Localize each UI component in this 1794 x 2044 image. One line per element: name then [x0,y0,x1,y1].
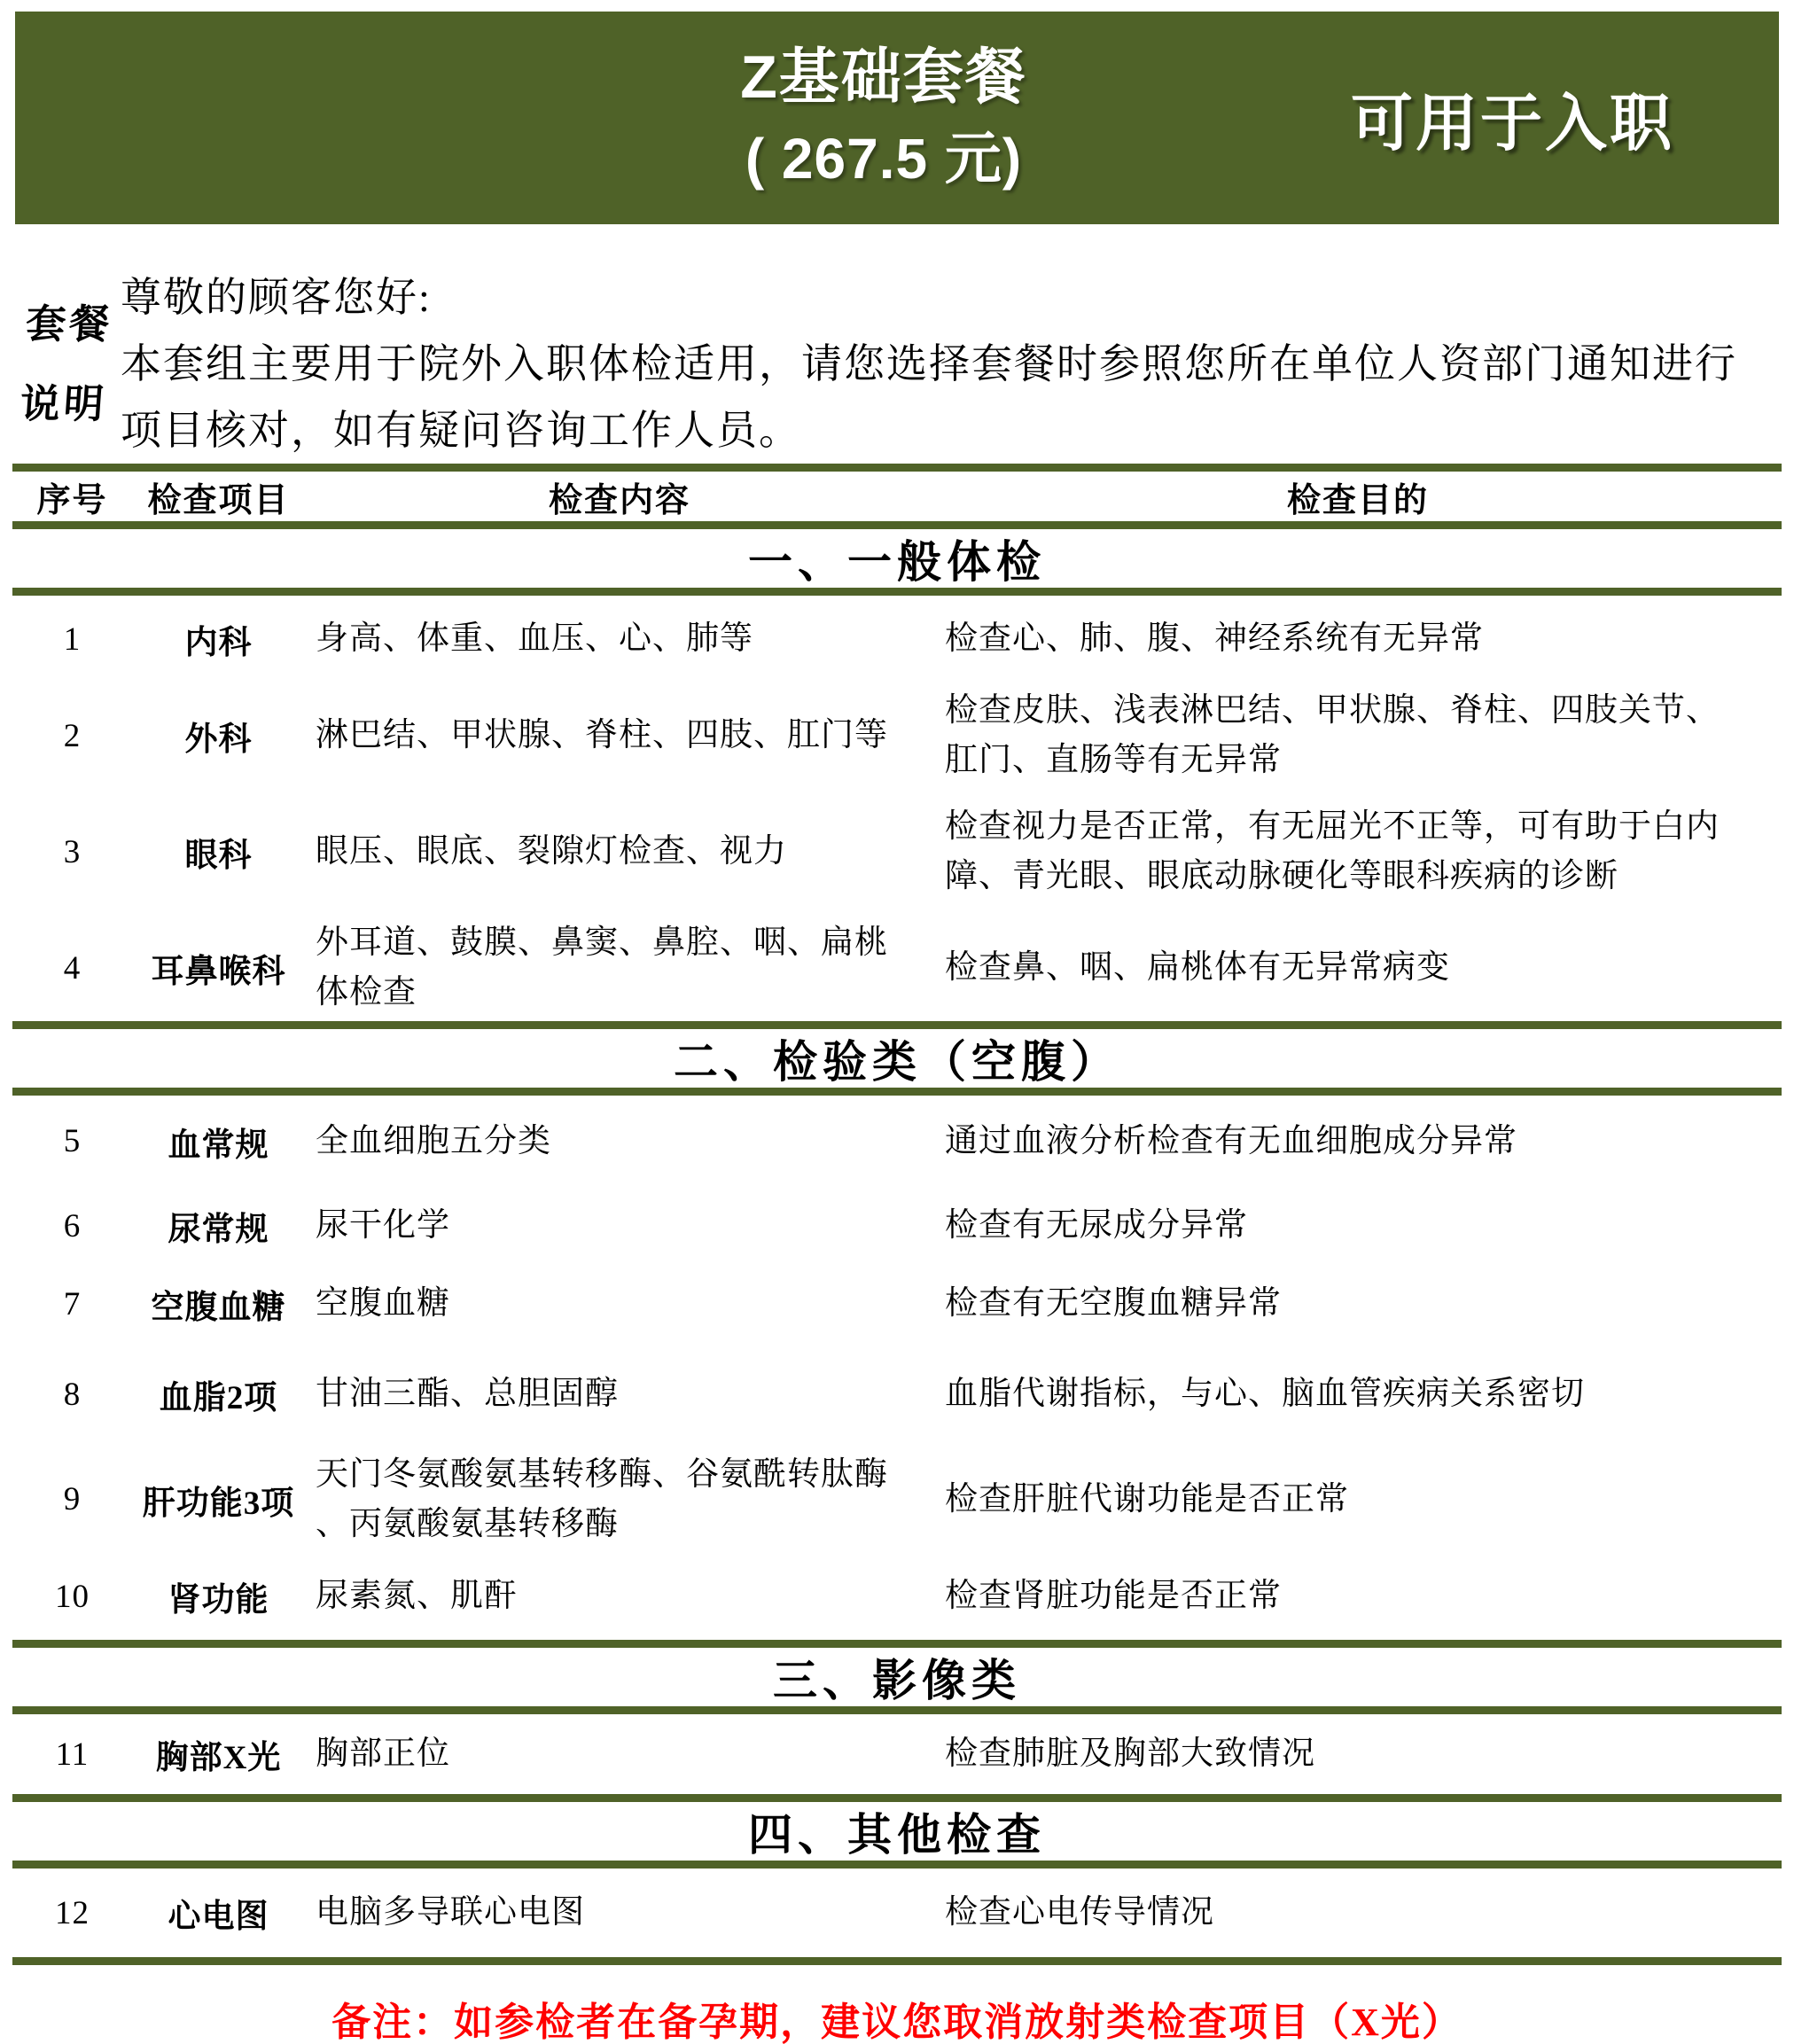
row-purpose: 检查心、肺、腹、神经系统有无异常 [934,614,1782,664]
package-price: ( 267.5 元) [745,124,1022,193]
table-row: 12 心电图 电脑多导联心电图 检查心电传导情况 [12,1868,1782,1957]
row-content: 尿素氮、肌酐 [305,1572,934,1621]
row-number: 10 [12,1578,132,1616]
row-number: 6 [12,1207,132,1245]
table-row: 6 尿常规 尿干化学 检查有无尿成分异常 [12,1187,1782,1265]
table-row: 7 空腹血糖 空腹血糖 检查有无空腹血糖异常 [12,1265,1782,1343]
row-purpose: 通过血液分析检查有无血细胞成分异常 [934,1117,1782,1166]
row-purpose: 检查有无空腹血糖异常 [934,1279,1782,1329]
table-row: 4 耳鼻喉科 外耳道、鼓膜、鼻窦、鼻腔、咽、扁桃 体检查 检查鼻、咽、扁桃体有无… [12,915,1782,1021]
table-row: 1 内科 身高、体重、血压、心、肺等 检查心、肺、腹、神经系统有无异常 [12,596,1782,683]
row-content: 空腹血糖 [305,1279,934,1329]
table-row: 3 眼科 眼压、眼底、裂隙灯检查、视力 检查视力是否正常，有无屈光不正等，可有助… [12,789,1782,915]
description-label-line2: 说明 [18,364,121,444]
row-item: 肝功能3项 [132,1476,305,1524]
table-row: 10 肾功能 尿素氮、肌酐 检查肾脏功能是否正常 [12,1553,1782,1640]
row-number: 8 [12,1376,132,1414]
section-rows-other: 12 心电图 电脑多导联心电图 检查心电传导情况 [0,1868,1794,1957]
row-purpose: 血脂代谢指标，与心、脑血管疾病关系密切 [934,1369,1782,1419]
table-row: 8 血脂2项 甘油三酯、总胆固醇 血脂代谢指标，与心、脑血管疾病关系密切 [12,1343,1782,1446]
section-divider [12,1957,1782,1965]
description-body: 尊敬的顾客您好: 本套组主要用于院外入职体检适用，请您选择套餐时参照您所在单位人… [121,264,1759,464]
section-rows-general: 1 内科 身高、体重、血压、心、肺等 检查心、肺、腹、神经系统有无异常 2 外科… [0,596,1794,1021]
row-item: 眼科 [132,828,305,876]
table-row: 9 肝功能3项 天门冬氨酸氨基转移酶、谷氨酰转肽酶 、丙氨酸氨基转移酶 检查肝脏… [12,1446,1782,1553]
row-number: 2 [12,717,132,755]
row-number: 1 [12,620,132,659]
row-item: 尿常规 [132,1202,305,1250]
package-usage-label: 可用于入职 [1351,12,1674,224]
row-item: 血脂2项 [132,1370,305,1418]
row-purpose: 检查视力是否正常，有无屈光不正等，可有助于白内 障、青光眼、眼底动脉硬化等眼科疾… [934,802,1782,901]
row-purpose: 检查有无尿成分异常 [934,1201,1782,1251]
package-title: Z基础套餐 [740,43,1027,112]
section-title-general: 一、一般体检 [12,529,1782,588]
row-content: 电脑多导联心电图 [305,1888,934,1938]
row-number: 11 [12,1736,132,1774]
col-header-content: 检查内容 [305,472,934,521]
description-text-line2: 项目核对，如有疑问咨询工作人员。 [121,397,1759,464]
row-item: 外科 [132,712,305,760]
row-content: 尿干化学 [305,1201,934,1251]
col-header-purpose: 检查目的 [934,472,1782,521]
section-title-imaging: 三、影像类 [12,1648,1782,1706]
row-number: 7 [12,1285,132,1323]
row-purpose: 检查皮肤、浅表淋巴结、甲状腺、脊柱、四肢关节、 肛门、直肠等有无异常 [934,686,1782,785]
table-row: 11 胸部X光 胸部正位 检查肺脏及胸部大致情况 [12,1714,1782,1794]
section-rows-lab: 5 血常规 全血细胞五分类 通过血液分析检查有无血细胞成分异常 6 尿常规 尿干… [0,1096,1794,1640]
row-content: 胸部正位 [305,1729,934,1779]
package-banner: Z基础套餐 ( 267.5 元) 可用于入职 [15,12,1779,224]
pregnancy-warning-note: 备注：如参检者在备孕期，建议您取消放射类检查项目（X光） [0,1990,1794,2044]
col-header-item: 检查项目 [132,472,305,521]
table-row: 2 外科 淋巴结、甲状腺、脊柱、四肢、肛门等 检查皮肤、浅表淋巴结、甲状腺、脊柱… [12,683,1782,789]
row-content: 淋巴结、甲状腺、脊柱、四肢、肛门等 [305,711,934,761]
col-header-no: 序号 [12,472,132,521]
description-label-line1: 套餐 [23,285,126,364]
section-divider [12,464,1782,472]
row-number: 4 [12,949,132,987]
row-content: 天门冬氨酸氨基转移酶、谷氨酰转肽酶 、丙氨酸氨基转移酶 [305,1450,934,1549]
row-content: 甘油三酯、总胆固醇 [305,1369,934,1419]
section-title-other: 四、其他检查 [12,1802,1782,1861]
row-purpose: 检查鼻、咽、扁桃体有无异常病变 [934,943,1782,993]
row-item: 耳鼻喉科 [132,944,305,992]
row-purpose: 检查肾脏功能是否正常 [934,1572,1782,1621]
package-document: Z基础套餐 ( 267.5 元) 可用于入职 套餐 说明 尊敬的顾客您好: 本套… [0,0,1794,2044]
row-item: 空腹血糖 [132,1280,305,1328]
section-rows-imaging: 11 胸部X光 胸部正位 检查肺脏及胸部大致情况 [0,1714,1794,1794]
row-item: 心电图 [132,1889,305,1937]
row-item: 胸部X光 [132,1730,305,1778]
row-number: 12 [12,1894,132,1932]
row-item: 内科 [132,615,305,663]
description-greeting: 尊敬的顾客您好: [121,264,1759,331]
row-content: 外耳道、鼓膜、鼻窦、鼻腔、咽、扁桃 体检查 [305,918,934,1018]
package-description: 套餐 说明 尊敬的顾客您好: 本套组主要用于院外入职体检适用，请您选择套餐时参照… [23,264,1759,464]
row-number: 5 [12,1122,132,1160]
row-item: 血常规 [132,1118,305,1166]
description-label: 套餐 说明 [16,264,128,464]
row-purpose: 检查肺脏及胸部大致情况 [934,1729,1782,1779]
table-header-row: 序号 检查项目 检查内容 检查目的 [12,472,1782,521]
row-number: 3 [12,833,132,871]
row-purpose: 检查肝脏代谢功能是否正常 [934,1475,1782,1525]
section-title-lab: 二、检验类（空腹） [12,1029,1782,1088]
row-content: 身高、体重、血压、心、肺等 [305,614,934,664]
row-content: 全血细胞五分类 [305,1117,934,1166]
table-row: 5 血常规 全血细胞五分类 通过血液分析检查有无血细胞成分异常 [12,1096,1782,1187]
row-item: 肾功能 [132,1572,305,1620]
row-purpose: 检查心电传导情况 [934,1888,1782,1938]
description-text-line1: 本套组主要用于院外入职体检适用，请您选择套餐时参照您所在单位人资部门通知进行 [121,331,1759,397]
row-number: 9 [12,1480,132,1518]
row-content: 眼压、眼底、裂隙灯检查、视力 [305,827,934,877]
